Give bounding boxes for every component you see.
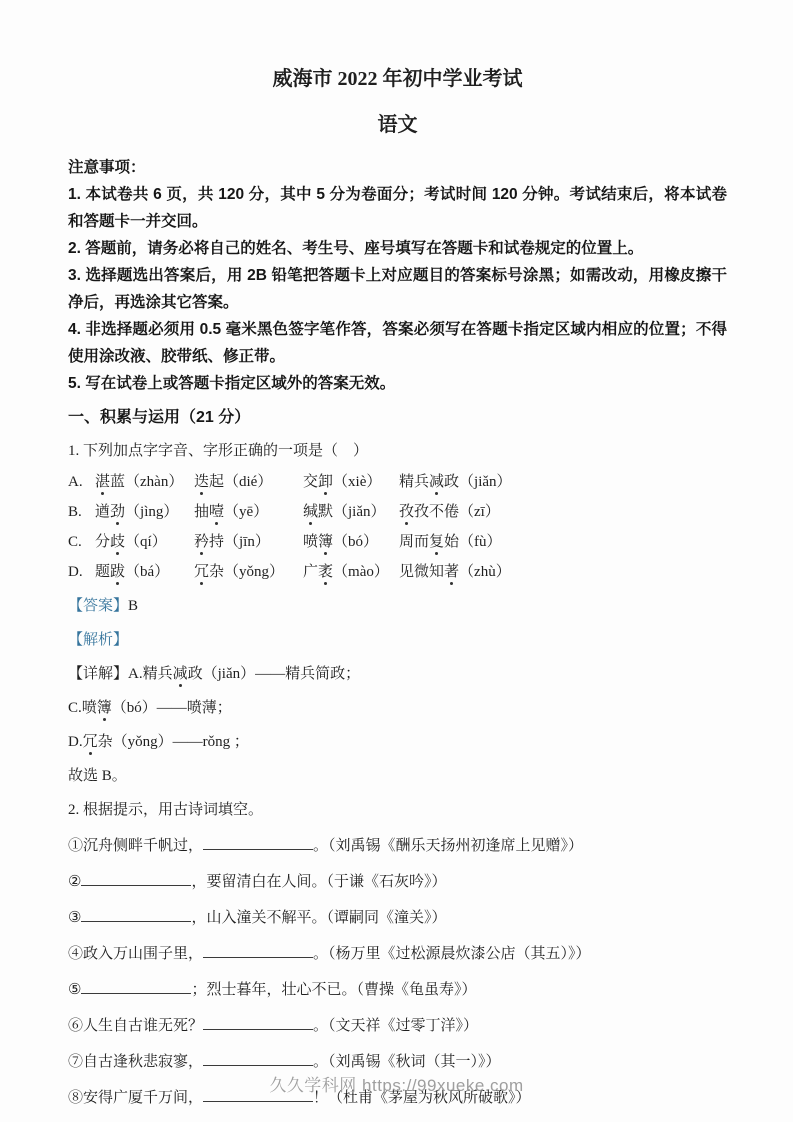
exam-paper: 威海市 2022 年初中学业考试 语文 注意事项： 1. 本试卷共 6 页，共 … (0, 0, 793, 1122)
option-word: 缄默（jiǎn） (303, 502, 399, 522)
option-word: 交卸（xiè） (303, 472, 399, 492)
answer-blank (203, 1014, 313, 1030)
option-word: 精兵减政（jiǎn） (399, 472, 727, 492)
option-row-c: C. 分歧（qí） 矜持（jīn） 喷簿（bó） 周而复始（fù） (68, 532, 727, 552)
detail-conclusion: 故选 B。 (68, 766, 727, 786)
question-1-stem: 1. 下列加点字字音、字形正确的一项是（ ） (68, 441, 727, 462)
fill-item-6: ⑥人生自古谁无死？。（文天祥《过零丁洋》） (68, 1014, 727, 1037)
fill-item-2: ②，要留清白在人间。（于谦《石灰吟》） (68, 870, 727, 893)
option-label: A. (68, 472, 95, 492)
option-word: 见微知著（zhù） (399, 562, 727, 582)
paper-subject: 语文 (68, 112, 727, 138)
section-heading: 一、积累与运用（21 分） (68, 406, 727, 430)
detail-line: 【详解】A.精兵减政（jiǎn）——精兵简政； (68, 664, 727, 684)
option-word: 湛蓝（zhàn） (95, 472, 194, 492)
notice-item: 1. 本试卷共 6 页，共 120 分，其中 5 分为卷面分；考试时间 120 … (68, 181, 727, 235)
option-label: C. (68, 532, 95, 552)
fill-item-1: ①沉舟侧畔千帆过，。（刘禹锡《酬乐天扬州初逢席上见赠》） (68, 834, 727, 857)
question-2-stem: 2. 根据提示，用古诗词填空。 (68, 800, 727, 821)
answer-blank (203, 942, 313, 958)
option-word: 迭起（dié） (194, 472, 303, 492)
option-label: D. (68, 562, 95, 582)
option-row-a: A. 湛蓝（zhàn） 迭起（dié） 交卸（xiè） 精兵减政（jiǎn） (68, 472, 727, 492)
paper-content: 威海市 2022 年初中学业考试 语文 注意事项： 1. 本试卷共 6 页，共 … (0, 0, 793, 1109)
answer-blank (81, 978, 191, 994)
notice-item: 3. 选择题选出答案后，用 2B 铅笔把答题卡上对应题目的答案标号涂黑；如需改动… (68, 262, 727, 316)
option-word: 冗杂（yǒng） (194, 562, 303, 582)
paper-title: 威海市 2022 年初中学业考试 (68, 66, 727, 92)
option-row-b: B. 遒劲（jìng） 抽噎（yē） 缄默（jiǎn） 孜孜不倦（zī） (68, 502, 727, 522)
fill-item-7: ⑦自古逢秋悲寂寥，。（刘禹锡《秋词（其一）》） (68, 1050, 727, 1073)
footer-watermark: 久久学科网 https://99xueke.com (0, 1071, 793, 1096)
option-word: 矜持（jīn） (194, 532, 303, 552)
notice-section: 注意事项： 1. 本试卷共 6 页，共 120 分，其中 5 分为卷面分；考试时… (68, 154, 727, 397)
option-row-d: D. 题跋（bá） 冗杂（yǒng） 广袤（mào） 见微知著（zhù） (68, 562, 727, 582)
answer-blank (203, 834, 313, 850)
notice-item: 2. 答题前，请务必将自己的姓名、考生号、座号填写在答题卡和试卷规定的位置上。 (68, 235, 727, 262)
fill-item-3: ③，山入潼关不解平。（谭嗣同《潼关》） (68, 906, 727, 929)
option-word: 孜孜不倦（zī） (399, 502, 727, 522)
option-word: 周而复始（fù） (399, 532, 727, 552)
option-word: 题跋（bá） (95, 562, 194, 582)
option-word: 广袤（mào） (303, 562, 399, 582)
option-word: 抽噎（yē） (194, 502, 303, 522)
analysis-label: 【解析】 (68, 632, 128, 648)
detail-line: D.冗杂（yǒng）——rǒng ； (68, 732, 727, 752)
fill-item-5: ⑤；烈士暮年，壮心不已。（曹操《龟虽寿》） (68, 978, 727, 1001)
answer-value: B (128, 598, 138, 614)
option-word: 分歧（qí） (95, 532, 194, 552)
answer-blank (81, 906, 191, 922)
option-label: B. (68, 502, 95, 522)
answer-blank (203, 1050, 313, 1066)
answer-label: 【答案】 (68, 598, 128, 614)
analysis-line: 【解析】 (68, 630, 727, 650)
detail-line: C.喷簿（bó）——喷薄； (68, 698, 727, 718)
notice-heading: 注意事项： (68, 154, 727, 181)
answer-blank (81, 870, 191, 886)
answer-line: 【答案】B (68, 596, 727, 616)
option-word: 遒劲（jìng） (95, 502, 194, 522)
option-word: 喷簿（bó） (303, 532, 399, 552)
notice-item: 5. 写在试卷上或答题卡指定区域外的答案无效。 (68, 370, 727, 397)
fill-item-4: ④政入万山围子里，。（杨万里《过松源晨炊漆公店（其五）》） (68, 942, 727, 965)
notice-item: 4. 非选择题必须用 0.5 毫米黑色签字笔作答，答案必须写在答题卡指定区域内相… (68, 316, 727, 370)
